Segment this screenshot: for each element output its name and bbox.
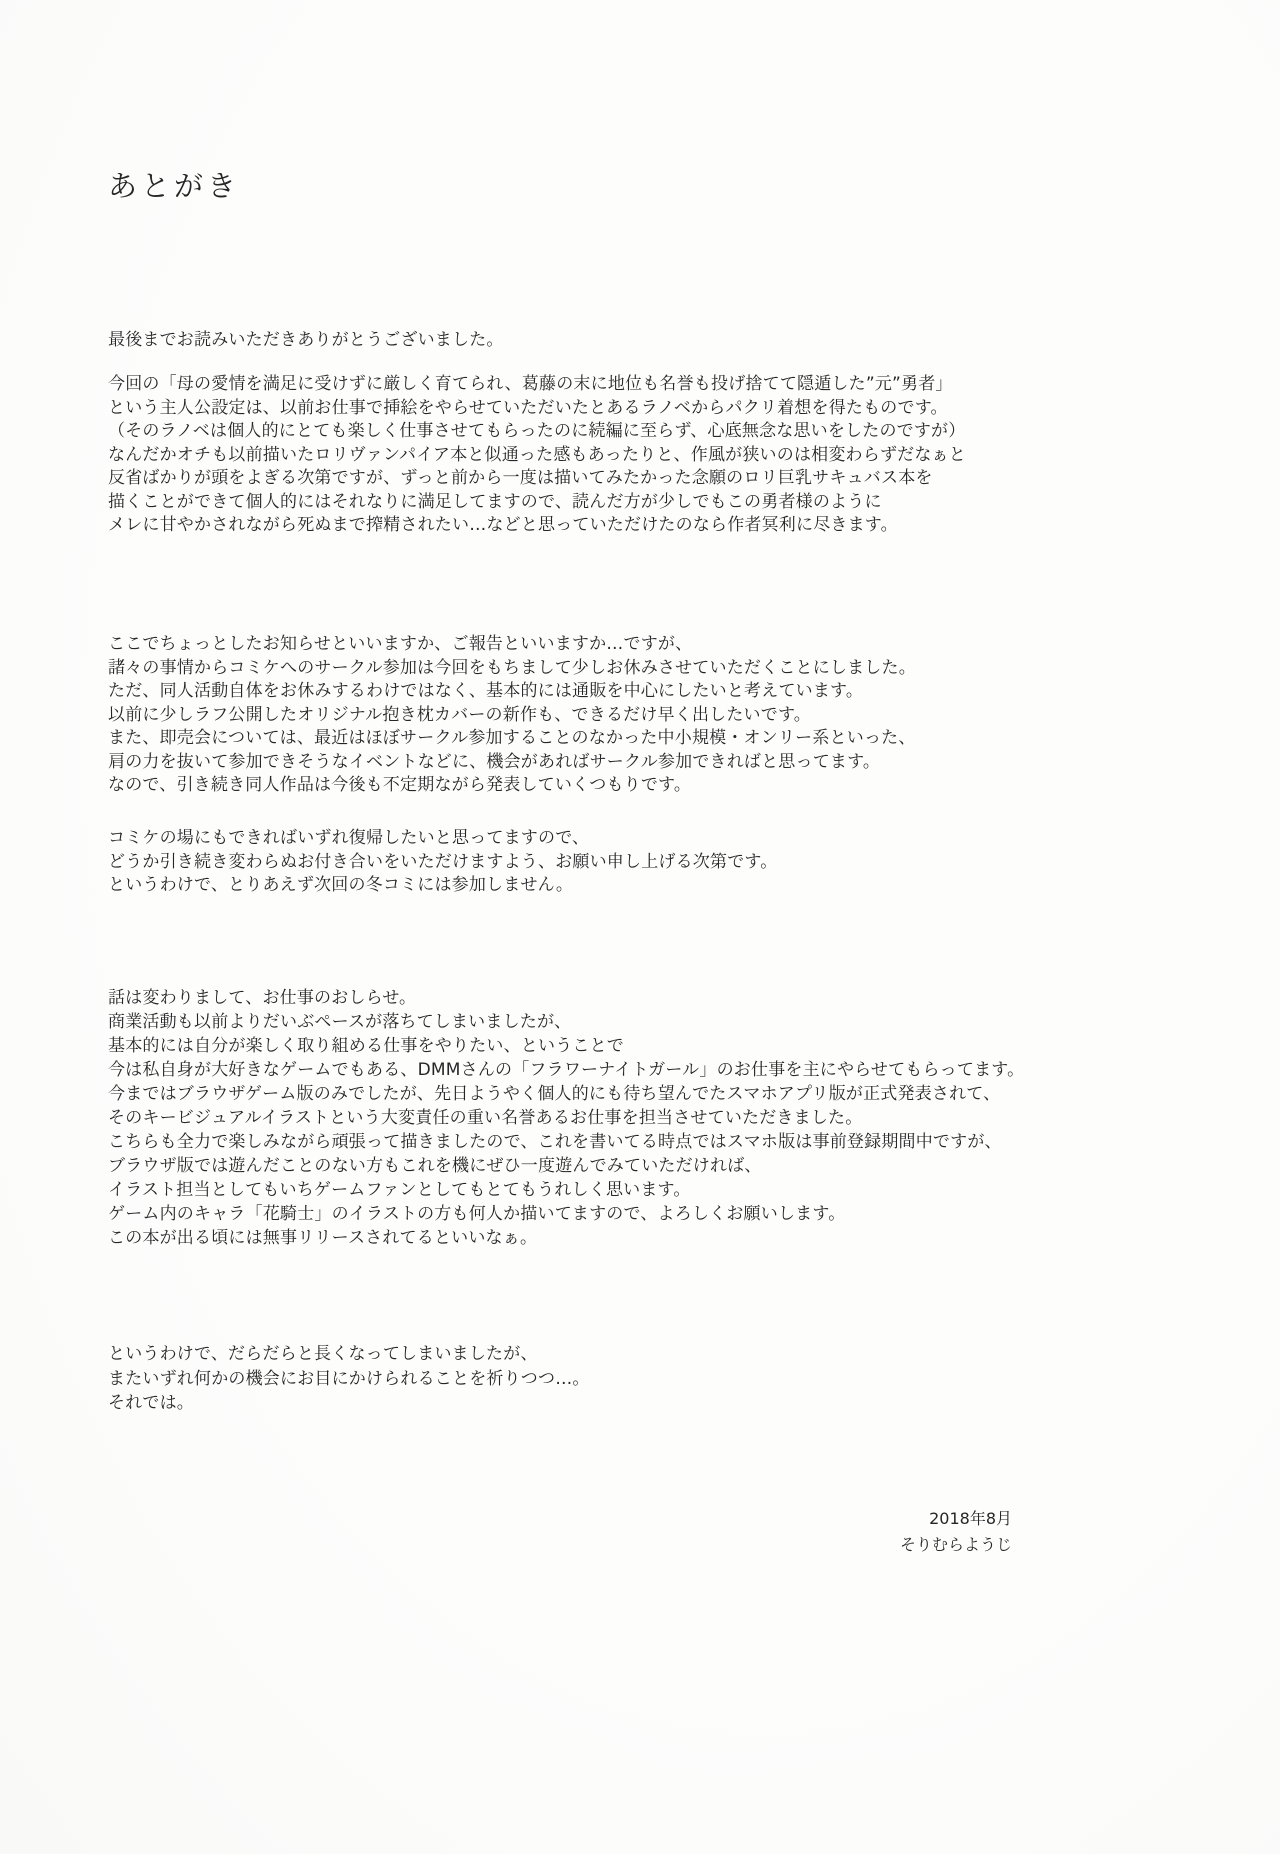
text-line: ゲーム内のキャラ「花騎士」のイラストの方も何人か描いてますので、よろしくお願いし…: [108, 1202, 1024, 1226]
text-line: 肩の力を抜いて参加できそうなイベントなどに、機会があればサークル参加できればと思…: [108, 751, 916, 775]
text-line: イラスト担当としてもいちゲームファンとしてもとてもうれしく思います。: [108, 1178, 1024, 1202]
text-line: 描くことができて個人的にはそれなりに満足してますので、読んだ方が少しでもこの勇者…: [108, 491, 966, 515]
text-line: またいずれ何かの機会にお目にかけられることを祈りつつ…。: [108, 1367, 590, 1392]
text-line: 反省ばかりが頭をよぎる次第ですが、ずっと前から一度は描いてみたかった念願のロリ巨…: [108, 467, 966, 491]
text-line: こちらも全力で楽しみながら頑張って描きましたので、これを書いてる時点ではスマホ版…: [108, 1130, 1024, 1154]
signature: 2018年8月 そりむらようじ: [900, 1506, 1012, 1558]
text-line: という主人公設定は、以前お仕事で挿絵をやらせていただいたとあるラノベからパクリ着…: [108, 397, 966, 421]
text-line: 話は変わりまして、お仕事のおしらせ。: [108, 986, 1024, 1010]
text-line: 今まではブラウザゲーム版のみでしたが、先日ようやく個人的にも待ち望んでたスマホア…: [108, 1082, 1024, 1106]
text-line: というわけで、とりあえず次回の冬コミには参加しません。: [108, 874, 777, 898]
signature-date: 2018年8月: [900, 1506, 1012, 1532]
afterword-page: あとがき 最後までお読みいただきありがとうございました。 今回の「母の愛情を満足…: [0, 0, 1280, 1854]
text-line: 今回の「母の愛情を満足に受けずに厳しく育てられ、葛藤の末に地位も名誉も投げ捨てて…: [108, 373, 966, 397]
text-line: 商業活動も以前よりだいぶペースが落ちてしまいましたが、: [108, 1010, 1024, 1034]
text-line: なんだかオチも以前描いたロリヴァンパイア本と似通った感もあったりと、作風が狭いの…: [108, 444, 966, 468]
text-line: ブラウザ版では遊んだことのない方もこれを機にぜひ一度遊んでみていただければ、: [108, 1154, 1024, 1178]
paragraph-closing: というわけで、だらだらと長くなってしまいましたが、 またいずれ何かの機会にお目に…: [108, 1342, 590, 1416]
text-line: 以前に少しラフ公開したオリジナル抱き枕カバーの新作も、できるだけ早く出したいです…: [108, 704, 916, 728]
text-line: ただ、同人活動自体をお休みするわけではなく、基本的には通販を中心にしたいと考えて…: [108, 680, 916, 704]
text-line: また、即売会については、最近はほぼサークル参加することのなかった中小規模・オンリ…: [108, 727, 916, 751]
paragraph-work-news: 話は変わりまして、お仕事のおしらせ。 商業活動も以前よりだいぶペースが落ちてしま…: [108, 986, 1024, 1250]
page-title: あとがき: [108, 164, 240, 205]
text-line: そのキービジュアルイラストという大変責任の重い名誉あるお仕事を担当させていただき…: [108, 1106, 1024, 1130]
text-line: ここでちょっとしたお知らせといいますか、ご報告といいますか…ですが、: [108, 633, 916, 657]
text-line: それでは。: [108, 1391, 590, 1416]
paragraph-thanks: 最後までお読みいただきありがとうございました。: [108, 329, 504, 353]
signature-author: そりむらようじ: [900, 1532, 1012, 1558]
text-line: なので、引き続き同人作品は今後も不定期ながら発表していくつもりです。: [108, 774, 916, 798]
text-line: 諸々の事情からコミケへのサークル参加は今回をもちまして少しお休みさせていただくこ…: [108, 657, 916, 681]
text-line: 今は私自身が大好きなゲームでもある、DMMさんの「フラワーナイトガール」のお仕事…: [108, 1058, 1024, 1082]
text-line: というわけで、だらだらと長くなってしまいましたが、: [108, 1342, 590, 1367]
text-line: 最後までお読みいただきありがとうございました。: [108, 329, 504, 353]
text-line: （そのラノベは個人的にとても楽しく仕事させてもらったのに続編に至らず、心底無念な…: [108, 420, 966, 444]
paragraph-announcement: ここでちょっとしたお知らせといいますか、ご報告といいますか…ですが、 諸々の事情…: [108, 633, 916, 798]
text-line: どうか引き続き変わらぬお付き合いをいただけますよう、お願い申し上げる次第です。: [108, 851, 777, 875]
text-line: コミケの場にもできればいずれ復帰したいと思ってますので、: [108, 827, 777, 851]
text-line: この本が出る頃には無事リリースされてるといいなぁ。: [108, 1226, 1024, 1250]
text-line: 基本的には自分が楽しく取り組める仕事をやりたい、ということで: [108, 1034, 1024, 1058]
paragraph-book-comments: 今回の「母の愛情を満足に受けずに厳しく育てられ、葛藤の末に地位も名誉も投げ捨てて…: [108, 373, 966, 538]
paragraph-comiket: コミケの場にもできればいずれ復帰したいと思ってますので、 どうか引き続き変わらぬ…: [108, 827, 777, 898]
text-line: メレに甘やかされながら死ぬまで搾精されたい…などと思っていただけたのなら作者冥利…: [108, 514, 966, 538]
